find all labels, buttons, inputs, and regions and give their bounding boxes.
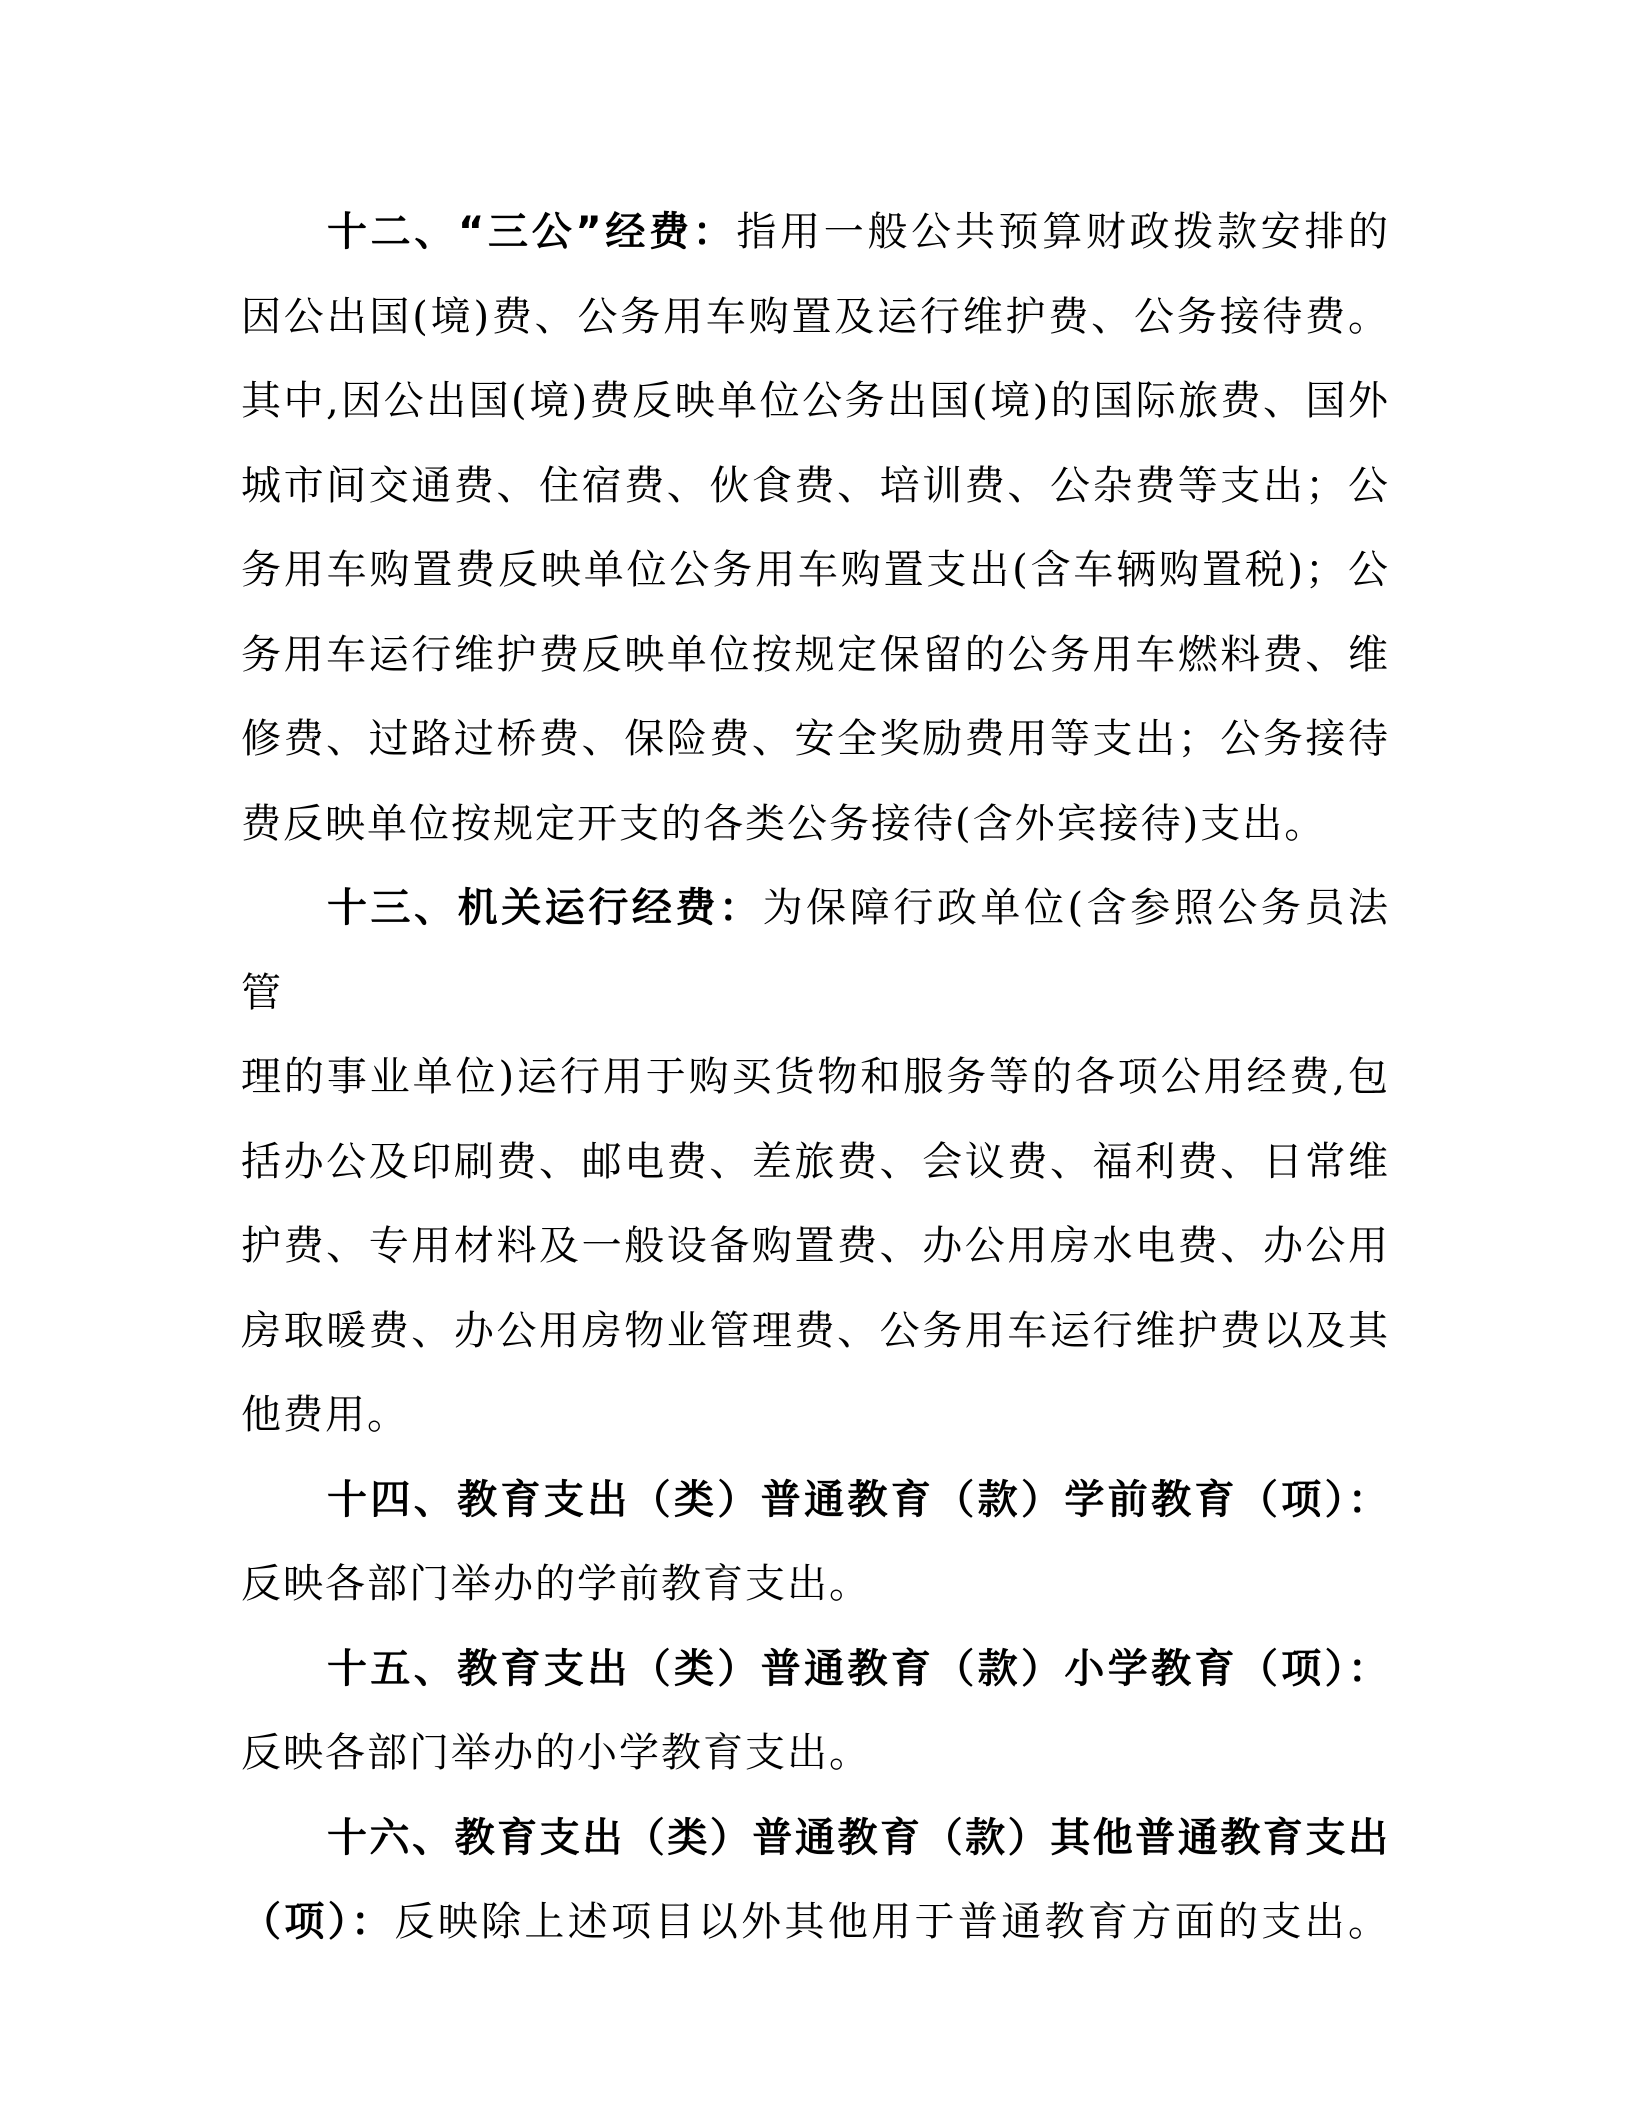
text-line: 十三、机关运行经费：为保障行政单位(含参照公务员法管 bbox=[241, 866, 1390, 1035]
line-body-text: 费反映单位按规定开支的各类公务接待(含外宾接待)支出。 bbox=[241, 801, 1326, 847]
line-body-text: 反映各部门举办的学前教育支出。 bbox=[241, 1561, 871, 1607]
text-line: 理的事业单位)运行用于购买货物和服务等的各项公用经费,包 bbox=[241, 1035, 1390, 1120]
line-heading-bold: 十三、机关运行经费： bbox=[327, 885, 763, 931]
line-heading-bold: （项）： bbox=[241, 1899, 394, 1945]
line-body-text: 修费、过路过桥费、保险费、安全奖励费用等支出；公务接待 bbox=[241, 716, 1390, 762]
line-body-text: 护费、专用材料及一般设备购置费、办公用房水电费、办公用 bbox=[241, 1223, 1390, 1269]
paragraph-13-agency-operating-funds: 十三、机关运行经费：为保障行政单位(含参照公务员法管 理的事业单位)运行用于购买… bbox=[241, 866, 1390, 1458]
paragraph-12-sangong-expenses: 十二、“三公”经费：指用一般公共预算财政拨款安排的 因公出国(境)费、公务用车购… bbox=[241, 190, 1390, 866]
line-body-text: 因公出国(境)费、公务用车购置及运行维护费、公务接待费。 bbox=[241, 294, 1390, 340]
line-body-text: 反映各部门举办的小学教育支出。 bbox=[241, 1730, 871, 1776]
text-line: 十四、教育支出（类）普通教育（款）学前教育（项）： bbox=[241, 1458, 1390, 1543]
line-body-text: 其中,因公出国(境)费反映单位公务出国(境)的国际旅费、国外 bbox=[241, 378, 1390, 424]
text-line: 十二、“三公”经费：指用一般公共预算财政拨款安排的 bbox=[241, 190, 1390, 275]
line-body-text: 城市间交通费、住宿费、伙食费、培训费、公杂费等支出；公 bbox=[241, 463, 1390, 509]
paragraph-14-preschool-education: 十四、教育支出（类）普通教育（款）学前教育（项）： 反映各部门举办的学前教育支出… bbox=[241, 1458, 1390, 1627]
text-line: 修费、过路过桥费、保险费、安全奖励费用等支出；公务接待 bbox=[241, 697, 1390, 782]
text-line: 因公出国(境)费、公务用车购置及运行维护费、公务接待费。 bbox=[241, 275, 1390, 360]
text-line: 城市间交通费、住宿费、伙食费、培训费、公杂费等支出；公 bbox=[241, 444, 1390, 529]
text-line: 括办公及印刷费、邮电费、差旅费、会议费、福利费、日常维 bbox=[241, 1120, 1390, 1205]
line-body-text: 房取暖费、办公用房物业管理费、公务用车运行维护费以及其 bbox=[241, 1308, 1390, 1354]
text-line: 反映各部门举办的小学教育支出。 bbox=[241, 1711, 1390, 1796]
text-line: 护费、专用材料及一般设备购置费、办公用房水电费、办公用 bbox=[241, 1204, 1390, 1289]
text-line: 十五、教育支出（类）普通教育（款）小学教育（项）： bbox=[241, 1627, 1390, 1712]
line-heading-bold: 十四、教育支出（类）普通教育（款）学前教育（项）： bbox=[327, 1477, 1390, 1523]
line-body-text: 理的事业单位)运行用于购买货物和服务等的各项公用经费,包 bbox=[241, 1054, 1390, 1100]
text-line: 务用车运行维护费反映单位按规定保留的公务用车燃料费、维 bbox=[241, 613, 1390, 698]
text-line: 费反映单位按规定开支的各类公务接待(含外宾接待)支出。 bbox=[241, 782, 1390, 867]
line-body-text: 他费用。 bbox=[241, 1392, 409, 1438]
text-line: （项）：反映除上述项目以外其他用于普通教育方面的支出。 bbox=[241, 1880, 1390, 1965]
line-body-text: 务用车购置费反映单位公务用车购置支出(含车辆购置税)；公 bbox=[241, 547, 1390, 593]
text-line: 房取暖费、办公用房物业管理费、公务用车运行维护费以及其 bbox=[241, 1289, 1390, 1374]
line-body-text: 括办公及印刷费、邮电费、差旅费、会议费、福利费、日常维 bbox=[241, 1139, 1390, 1185]
text-line: 反映各部门举办的学前教育支出。 bbox=[241, 1542, 1390, 1627]
line-body-text: 务用车运行维护费反映单位按规定保留的公务用车燃料费、维 bbox=[241, 632, 1390, 678]
document-page: { "colors": { "background": "#ffffff", "… bbox=[0, 0, 1632, 2112]
text-line: 务用车购置费反映单位公务用车购置支出(含车辆购置税)；公 bbox=[241, 528, 1390, 613]
line-heading-bold: 十二、“三公”经费： bbox=[327, 209, 736, 255]
paragraph-16-other-general-education: 十六、教育支出（类）普通教育（款）其他普通教育支出 （项）：反映除上述项目以外其… bbox=[241, 1796, 1390, 1965]
line-body-text: 反映除上述项目以外其他用于普通教育方面的支出。 bbox=[394, 1899, 1390, 1945]
paragraph-15-primary-education: 十五、教育支出（类）普通教育（款）小学教育（项）： 反映各部门举办的小学教育支出… bbox=[241, 1627, 1390, 1796]
document-text-block: 十二、“三公”经费：指用一般公共预算财政拨款安排的 因公出国(境)费、公务用车购… bbox=[241, 190, 1390, 1965]
text-line: 其中,因公出国(境)费反映单位公务出国(境)的国际旅费、国外 bbox=[241, 359, 1390, 444]
line-body-text: 指用一般公共预算财政拨款安排的 bbox=[736, 209, 1390, 255]
text-line: 他费用。 bbox=[241, 1373, 1390, 1458]
line-heading-bold: 十六、教育支出（类）普通教育（款）其他普通教育支出 bbox=[327, 1815, 1390, 1861]
text-line: 十六、教育支出（类）普通教育（款）其他普通教育支出 bbox=[241, 1796, 1390, 1881]
line-heading-bold: 十五、教育支出（类）普通教育（款）小学教育（项）： bbox=[327, 1646, 1390, 1692]
